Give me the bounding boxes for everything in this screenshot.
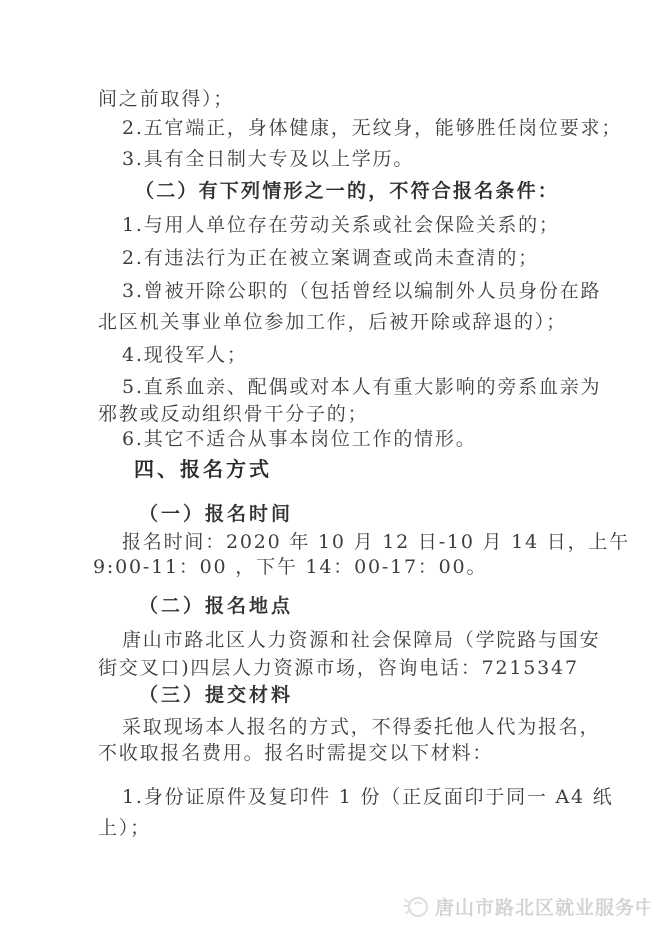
subheading-submission-materials: （三）提交材料 [139, 684, 293, 706]
document-page: 间之前取得）； 2.五官端正，身体健康，无纹身，能够胜任岗位要求； 3.具有全日… [0, 0, 650, 936]
section-heading-registration-method: 四、报名方式 [134, 459, 272, 481]
doc-line: 采取现场本人报名的方式，不得委托他人代为报名， [122, 716, 600, 738]
doc-line: 3.曾被开除公职的（包括曾经以编制外人员身份在路 [122, 280, 601, 302]
doc-line: 不收取报名费用。报名时需提交以下材料： [98, 742, 493, 764]
doc-line: 报名时间：2020 年 10 月 12 日-10 月 14 日，上午 [122, 531, 630, 553]
subheading-registration-time: （一）报名时间 [139, 503, 293, 525]
doc-line: 邪教或反动组织骨干分子的； [98, 403, 368, 425]
doc-line: 9:00-11：00 ，下午 14：00-17：00。 [93, 556, 487, 578]
doc-line: 5.直系血亲、配偶或对本人有重大影响的旁系血亲为 [122, 376, 601, 398]
heading-disqualification-conditions: （二）有下列情形之一的，不符合报名条件： [135, 180, 559, 202]
doc-line: 上）； [98, 817, 151, 839]
doc-line: 唐山市路北区人力资源和社会保障局（学院路与国安 [122, 629, 600, 651]
doc-line: 北区机关事业单位参加工作，后被开除或辞退的）； [98, 311, 567, 333]
doc-line: 1.与用人单位存在劳动关系或社会保险关系的； [122, 214, 560, 236]
doc-line: 1.身份证原件及复印件 1 份（正反面印于同一 A4 纸 [122, 786, 614, 808]
doc-line: 2.有违法行为正在被立案调查或尚未查清的； [122, 247, 539, 269]
doc-line: 6.其它不适合从事本岗位工作的情形。 [122, 428, 477, 450]
footer-watermark-text: 唐山市路北区就业服务中心 [435, 893, 650, 920]
doc-line: 2.五官端正，身体健康，无纹身，能够胜任岗位要求； [122, 117, 622, 139]
subheading-registration-location: （二）报名地点 [139, 595, 293, 617]
doc-line: 间之前取得）； [98, 88, 234, 110]
doc-line: 3.具有全日制大专及以上学历。 [122, 148, 414, 170]
footer-logo-icon [402, 892, 430, 920]
doc-line: 4.现役军人； [122, 344, 248, 366]
doc-line: 街交叉口)四层人力资源市场，咨询电话：7215347 [98, 657, 579, 679]
footer-watermark: 唐山市路北区就业服务中心 [402, 892, 650, 920]
